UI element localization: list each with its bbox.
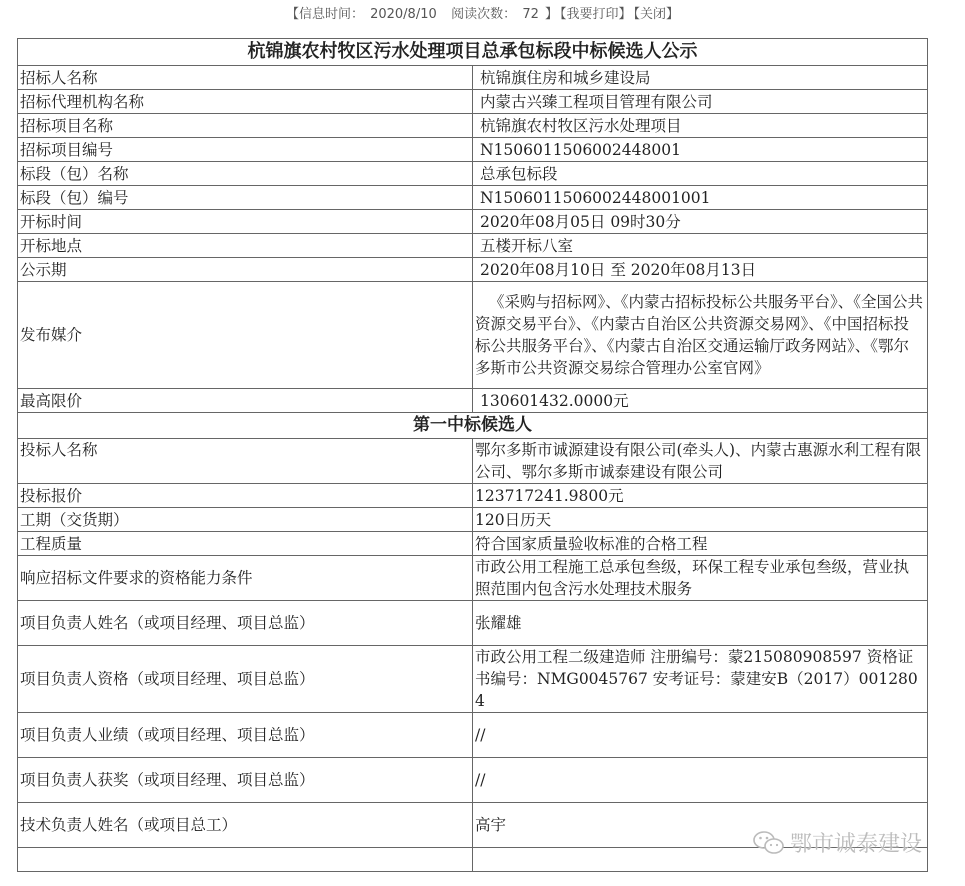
print-link[interactable]: 【我要打印】 <box>560 7 632 22</box>
row-label: 项目负责人资格（或项目经理、项目总监） <box>18 646 473 713</box>
row-value: 内蒙古兴臻工程项目管理有限公司 <box>473 90 928 114</box>
section-title: 第一中标候选人 <box>18 413 928 439</box>
table-row: 工程质量 符合国家质量验收标准的合格工程 <box>18 532 928 556</box>
row-value: 市政公用工程施工总承包叁级，环保工程专业承包叁级，营业执照范围内包含污水处理技术… <box>473 556 928 601</box>
row-label: 技术负责人姓名（或项目总工） <box>18 803 473 848</box>
table-row: 投标报价 123717241.9800元 <box>18 484 928 508</box>
read-count-close: 】 <box>545 7 558 22</box>
table-row: 开标时间 2020年08月05日 09时30分 <box>18 210 928 234</box>
row-value: 120日历天 <box>473 508 928 532</box>
row-value <box>473 848 928 872</box>
read-count-label: 阅读次数： <box>451 7 516 22</box>
row-label: 招标项目编号 <box>18 138 473 162</box>
read-count-value: 72 <box>522 7 539 22</box>
row-label: 投标人名称 <box>18 439 473 484</box>
row-value: 123717241.9800元 <box>473 484 928 508</box>
row-value: 2020年08月05日 09时30分 <box>473 210 928 234</box>
table-row: 标段（包）名称 总承包标段 <box>18 162 928 186</box>
row-label <box>18 848 473 872</box>
row-label: 发布媒介 <box>18 282 473 389</box>
table-title-row: 杭锦旗农村牧区污水处理项目总承包标段中标候选人公示 <box>18 39 928 66</box>
info-time-value: 2020/8/10 <box>370 7 437 22</box>
row-label: 项目负责人获奖（或项目经理、项目总监） <box>18 758 473 803</box>
table-row: 开标地点 五楼开标八室 <box>18 234 928 258</box>
table-row: 项目负责人获奖（或项目经理、项目总监） // <box>18 758 928 803</box>
row-value: 总承包标段 <box>473 162 928 186</box>
row-value: 张耀雄 <box>473 601 928 646</box>
table-row: 最高限价 130601432.0000元 <box>18 389 928 413</box>
row-value: 鄂尔多斯市诚源建设有限公司(牵头人)、内蒙古惠源水利工程有限公司、鄂尔多斯市诚泰… <box>473 439 928 484</box>
row-value: 市政公用工程二级建造师 注册编号：蒙215080908597 资格证书编号：NM… <box>473 646 928 713</box>
row-label: 标段（包）编号 <box>18 186 473 210</box>
table-row: 招标代理机构名称 内蒙古兴臻工程项目管理有限公司 <box>18 90 928 114</box>
table-row: 项目负责人资格（或项目经理、项目总监） 市政公用工程二级建造师 注册编号：蒙21… <box>18 646 928 713</box>
table-row: 公示期 2020年08月10日 至 2020年08月13日 <box>18 258 928 282</box>
row-value: 130601432.0000元 <box>473 389 928 413</box>
row-value: N1506011506002448001 <box>473 138 928 162</box>
info-time-label: 【信息时间： <box>286 7 364 22</box>
table-row: 标段（包）编号 N1506011506002448001001 <box>18 186 928 210</box>
row-label: 开标时间 <box>18 210 473 234</box>
table-row: 工期（交货期） 120日历天 <box>18 508 928 532</box>
row-value: 杭锦旗农村牧区污水处理项目 <box>473 114 928 138</box>
row-value: N1506011506002448001001 <box>473 186 928 210</box>
row-value: 符合国家质量验收标准的合格工程 <box>473 532 928 556</box>
row-value: 2020年08月10日 至 2020年08月13日 <box>473 258 928 282</box>
table-row: 投标人名称 鄂尔多斯市诚源建设有限公司(牵头人)、内蒙古惠源水利工程有限公司、鄂… <box>18 439 928 484</box>
row-label: 招标项目名称 <box>18 114 473 138</box>
row-label: 响应招标文件要求的资格能力条件 <box>18 556 473 601</box>
row-label: 项目负责人姓名（或项目经理、项目总监） <box>18 601 473 646</box>
row-value: 五楼开标八室 <box>473 234 928 258</box>
table-row: 招标项目名称 杭锦旗农村牧区污水处理项目 <box>18 114 928 138</box>
row-value: 杭锦旗住房和城乡建设局 <box>473 66 928 90</box>
row-label: 标段（包）名称 <box>18 162 473 186</box>
row-label: 招标人名称 <box>18 66 473 90</box>
announcement-table: 杭锦旗农村牧区污水处理项目总承包标段中标候选人公示 招标人名称 杭锦旗住房和城乡… <box>17 38 928 872</box>
table-row: 招标项目编号 N1506011506002448001 <box>18 138 928 162</box>
row-label: 招标代理机构名称 <box>18 90 473 114</box>
article-meta-bar: 【信息时间： 2020/8/10 阅读次数： 72 】【我要打印】【关闭】 <box>0 0 965 32</box>
table-row: 响应招标文件要求的资格能力条件 市政公用工程施工总承包叁级，环保工程专业承包叁级… <box>18 556 928 601</box>
row-label: 项目负责人业绩（或项目经理、项目总监） <box>18 713 473 758</box>
row-value: // <box>473 713 928 758</box>
row-value: 高宇 <box>473 803 928 848</box>
row-label: 公示期 <box>18 258 473 282</box>
table-row-partial <box>18 848 928 872</box>
row-value: 《采购与招标网》、《内蒙古招标投标公共服务平台》、《全国公共资源交易平台》、《内… <box>473 282 928 389</box>
table-row: 发布媒介 《采购与招标网》、《内蒙古招标投标公共服务平台》、《全国公共资源交易平… <box>18 282 928 389</box>
row-label: 工程质量 <box>18 532 473 556</box>
row-label: 最高限价 <box>18 389 473 413</box>
row-label: 工期（交货期） <box>18 508 473 532</box>
table-row: 项目负责人业绩（或项目经理、项目总监） // <box>18 713 928 758</box>
table-row: 招标人名称 杭锦旗住房和城乡建设局 <box>18 66 928 90</box>
table-row: 项目负责人姓名（或项目经理、项目总监） 张耀雄 <box>18 601 928 646</box>
section-title-row: 第一中标候选人 <box>18 413 928 439</box>
row-value: // <box>473 758 928 803</box>
document-title: 杭锦旗农村牧区污水处理项目总承包标段中标候选人公示 <box>18 39 928 66</box>
row-label: 投标报价 <box>18 484 473 508</box>
close-link[interactable]: 【关闭】 <box>634 7 680 22</box>
table-row: 技术负责人姓名（或项目总工） 高宇 <box>18 803 928 848</box>
row-label: 开标地点 <box>18 234 473 258</box>
